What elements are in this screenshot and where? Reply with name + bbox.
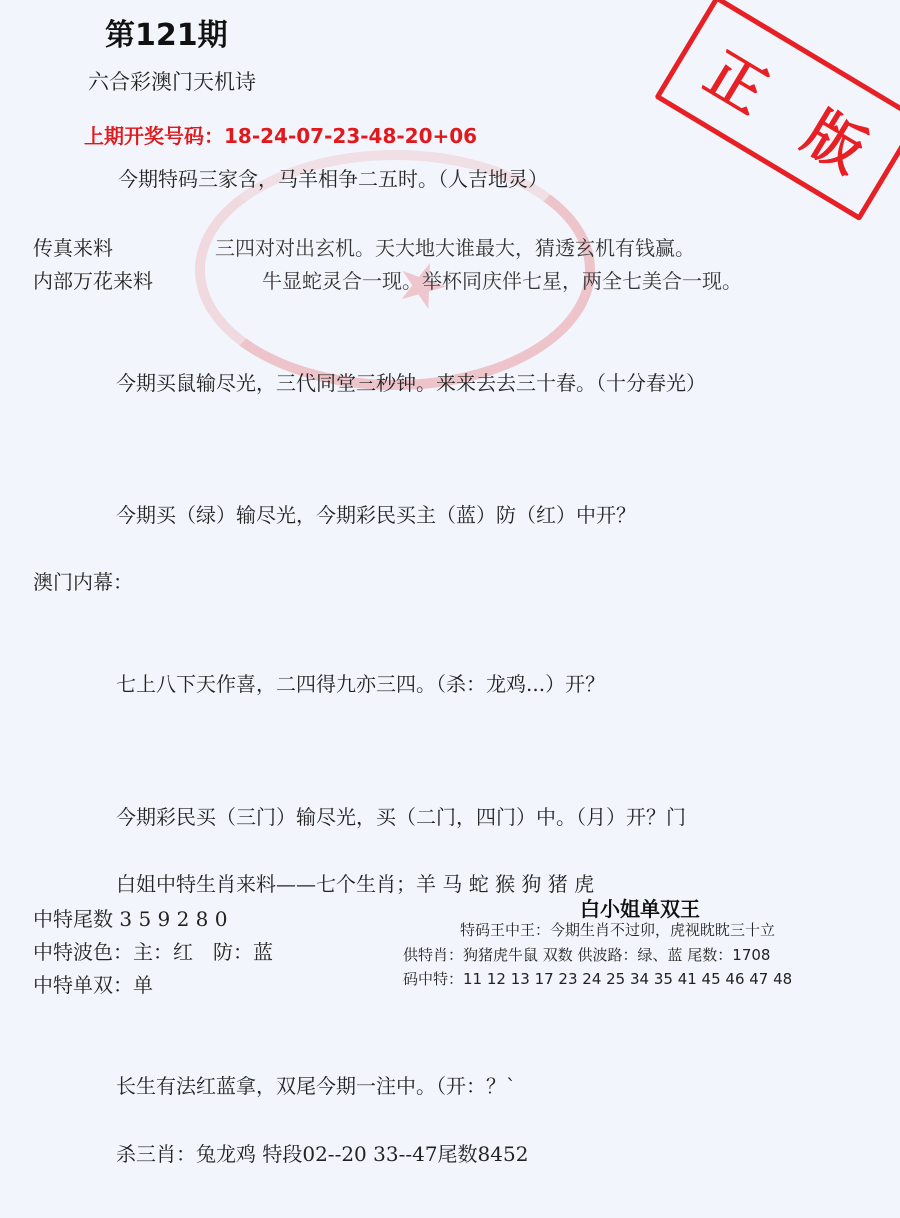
- poem-line-5: 今期彩民买（三门）输尽光，买（二门，四门）中。（月）开？门: [116, 801, 686, 830]
- last-draw-label: 上期开奖号码：: [84, 124, 224, 148]
- poem-line-4: 七上八下天作喜，二四得九亦三四。（杀：龙鸡...）开？: [116, 668, 605, 697]
- stamp-char-2: 版: [791, 87, 884, 189]
- stamp-char-1: 正: [692, 27, 785, 129]
- last-draw-numbers: 18-24-07-23-48-20+06: [224, 124, 477, 148]
- issue-title: 第121期: [105, 10, 228, 54]
- macau-insider-label: 澳门内幕：: [33, 566, 133, 595]
- poem-line-2: 今期买鼠输尽光，三代同堂三秒钟。来来去去三十春。（十分春光）: [116, 367, 706, 396]
- tail-numbers: 中特尾数 3 5 9 2 8 0: [33, 903, 228, 932]
- poem-line-7: 长生有法红蓝拿，双尾今期一注中。（开：？`: [116, 1070, 516, 1099]
- bai-xiaojie-panel: 白小姐单双王 特码王中王：今期生肖不过卯，虎视眈眈三十立 供特肖：狗猪虎牛鼠 双…: [400, 893, 850, 993]
- authentic-stamp: 正 版: [654, 0, 900, 221]
- poem-line-3: 今期买（绿）输尽光，今期彩民买主（蓝）防（红）中开？: [116, 499, 636, 528]
- subtitle: 六合彩澳门天机诗: [88, 66, 256, 96]
- panel-row-3: 码中特：11 12 13 17 23 24 25 34 35 41 45 46 …: [403, 968, 792, 989]
- fax-label: 传真来料: [33, 232, 113, 261]
- panel-row-2: 供特肖：狗猪虎牛鼠 双数 供波路：绿、蓝 尾数：1708: [403, 944, 770, 965]
- internal-label: 内部万花来料: [33, 265, 153, 294]
- odd-even: 中特单双：单: [33, 969, 153, 998]
- kill-three-zodiac: 杀三肖：兔龙鸡 特段02--20 33--47尾数8452: [116, 1138, 594, 1167]
- wave-color: 中特波色：主：红 防：蓝: [33, 936, 273, 965]
- last-draw-results: 上期开奖号码：18-24-07-23-48-20+06: [84, 120, 477, 149]
- poem-line-1: 今期特码三家含，马羊相争二五时。（人吉地灵）: [118, 163, 548, 192]
- panel-title: 白小姐单双王: [580, 893, 700, 922]
- internal-text: 牛显蛇灵合一现。举杯同庆伴七星，两全七美合一现。: [262, 265, 742, 294]
- fax-text: 三四对对出玄机。天大地大谁最大，猜透玄机有钱赢。: [215, 232, 695, 261]
- panel-row-1: 特码王中王：今期生肖不过卯，虎视眈眈三十立: [460, 919, 775, 940]
